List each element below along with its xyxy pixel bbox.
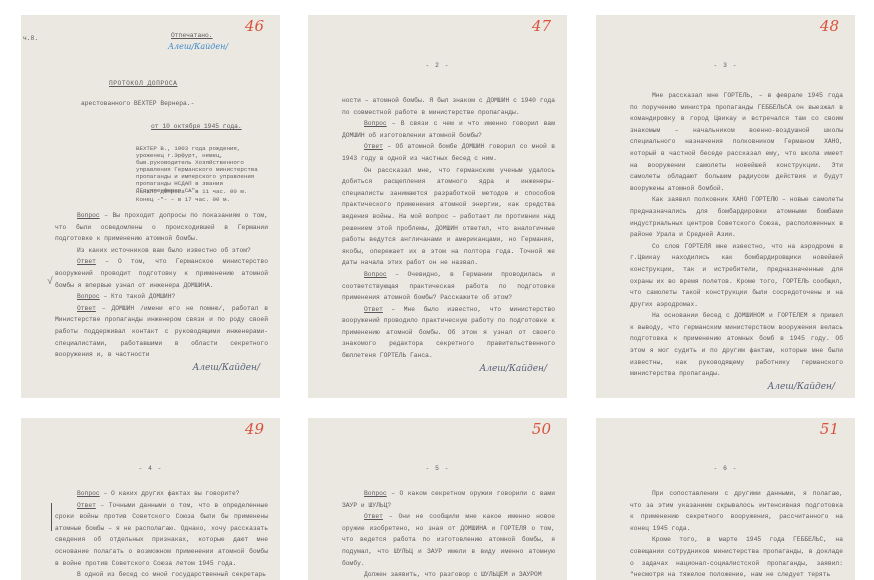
qa-label: Вопрос	[77, 490, 100, 497]
start-time: Начало допроса – в 11 час. 00 м.	[136, 188, 247, 196]
paragraph-text: При сопоставлении с другими данными, я п…	[630, 490, 843, 532]
paragraph-text: Из каких источников вам было известно об…	[77, 247, 251, 254]
paragraph-text: Со слов ГОРТЕЛЯ мне известно, что на аэр…	[630, 243, 843, 308]
approval-label: Отпечатано.	[171, 30, 213, 42]
document-date: от 10 октября 1945 года.	[151, 121, 242, 133]
folio-number: 47	[532, 18, 551, 34]
paragraph-text: – Мне было известно, что министерство во…	[342, 306, 555, 359]
page-body: ности – атомной бомбы. Я был знаком с ДО…	[342, 95, 555, 375]
qa-label: Вопрос	[364, 271, 387, 278]
page-number: - 2 -	[308, 60, 567, 72]
paragraph: Вопрос – В связи с чем и что именно гово…	[342, 118, 555, 141]
page-body: При сопоставлении с другими данными, я п…	[630, 488, 843, 580]
folio-number: 46	[245, 18, 264, 34]
page-body: Вопрос – О каких других фактах вы говори…	[55, 488, 268, 580]
document-title: ПРОТОКОЛ ДОПРОСА	[109, 78, 177, 90]
paragraph: ности – атомной бомбы. Я был знаком с ДО…	[342, 95, 555, 118]
paragraph: Ответ – Точными данными о том, что в опр…	[55, 500, 268, 570]
paragraph-text: Кроме того, в марте 1945 года ГЕББЕЛЬС, …	[630, 536, 843, 578]
signature: Алеш/Кайден/	[342, 364, 555, 376]
page-body: Вопрос – Вы проходит допросы по показани…	[55, 210, 268, 374]
paragraph-text: – ДОМШИН /имени его не помню/, работал в…	[55, 305, 268, 358]
page-number: - 6 -	[596, 463, 855, 475]
page-body: Мне рассказал мне ГОРТЕЛЬ, – в феврале 1…	[630, 90, 843, 393]
document-page-46: 46 ч.8. Отпечатано. Алеш/Кайден/ ПРОТОКО…	[21, 15, 280, 398]
paragraph: Вопрос – О каких других фактах вы говори…	[55, 488, 268, 500]
interrogation-times: Начало допроса – в 11 час. 00 м. Конец -…	[136, 188, 247, 204]
page-number: - 3 -	[596, 60, 855, 72]
paragraph: Ответ – ДОМШИН /имени его не помню/, раб…	[55, 303, 268, 361]
paragraph: Ответ – Об атомной бомбе ДОМШИН говорил …	[342, 141, 555, 164]
paragraph-text: ности – атомной бомбы. Я был знаком с ДО…	[342, 97, 555, 116]
folio-number: 48	[820, 18, 839, 34]
paragraph: В одной из бесед со мной государственный…	[55, 569, 268, 580]
subject-bio: ВЕХТЕР В., 1903 года рождения, уроженец …	[136, 145, 268, 194]
qa-label: Вопрос	[364, 490, 387, 497]
qa-label: Ответ	[364, 513, 383, 520]
document-page-47: 47 - 2 - ности – атомной бомбы. Я был зн…	[308, 15, 567, 398]
paragraph: Он рассказал мне, что германским ученым …	[342, 165, 555, 269]
paragraph-text: – О каких других фактах вы говорите?	[100, 490, 240, 497]
qa-label: Ответ	[77, 305, 96, 312]
document-page-48: 48 - 3 - Мне рассказал мне ГОРТЕЛЬ, – в …	[596, 15, 855, 398]
paragraph: При сопоставлении с другими данными, я п…	[630, 488, 843, 534]
qa-label: Вопрос	[77, 293, 100, 300]
paragraph: Кроме того, в марте 1945 года ГЕББЕЛЬС, …	[630, 534, 843, 580]
end-time: Конец -"- – в 17 час. 00 м.	[136, 196, 247, 204]
paragraph: Должен заявить, что разговор с ШУЛЬЦЕМ и…	[342, 569, 555, 580]
paragraph: Вопрос – Очевидно, в Германии проводилас…	[342, 269, 555, 304]
qa-label: Вопрос	[364, 120, 387, 127]
folio-number: 50	[532, 421, 551, 437]
paragraph-text: Должен заявить, что разговор с ШУЛЬЦЕМ и…	[364, 571, 542, 578]
qa-label: Вопрос	[77, 212, 100, 219]
paragraph: Как заявил полковник ХАНО ГОРТЕЛЮ – новы…	[630, 194, 843, 240]
qa-label: Ответ	[364, 143, 383, 150]
paragraph: Со слов ГОРТЕЛЯ мне известно, что на аэр…	[630, 241, 843, 311]
signature: Алеш/Кайден/	[55, 363, 268, 375]
page-body: Вопрос – О каком секретном оружии говори…	[342, 488, 555, 580]
document-page-49: 49 - 4 - Вопрос – О каких других фактах …	[21, 418, 280, 580]
margin-checkmark: √	[47, 277, 53, 289]
paragraph: Ответ – О том, что Германское министерст…	[55, 256, 268, 291]
folio-number: 51	[820, 421, 839, 437]
signature: Алеш/Кайден/	[630, 382, 843, 394]
qa-label: Ответ	[364, 306, 383, 313]
paragraph-text: Как заявил полковник ХАНО ГОРТЕЛЮ – новы…	[630, 196, 843, 238]
paragraph-text: Мне рассказал мне ГОРТЕЛЬ, – в феврале 1…	[630, 92, 843, 192]
paragraph: Вопрос – Вы проходит допросы по показани…	[55, 210, 268, 245]
page-number: - 4 -	[21, 463, 280, 475]
paragraph-text: На основании бесед с ДОМШИНОМ и ГОРТЕЛЕМ…	[630, 312, 843, 377]
paragraph: Из каких источников вам было известно об…	[55, 245, 268, 257]
paragraph-text: В одной из бесед со мной государственный…	[77, 571, 266, 578]
document-page-51: 51 - 6 - При сопоставлении с другими дан…	[596, 418, 855, 580]
paragraph-text: – Они не сообщили мне какое именно новое…	[342, 513, 555, 566]
paragraph: Мне рассказал мне ГОРТЕЛЬ, – в феврале 1…	[630, 90, 843, 194]
document-page-50: 50 - 5 - Вопрос – О каком секретном оруж…	[308, 418, 567, 580]
approval-signature: Алеш/Кайден/	[168, 41, 228, 53]
qa-label: Ответ	[77, 258, 96, 265]
paragraph-text: Он рассказал мне, что германским ученым …	[342, 167, 555, 267]
folio-number: 49	[245, 421, 264, 437]
page-number: - 5 -	[308, 463, 567, 475]
paragraph: Вопрос – Кто такой ДОМШИН?	[55, 291, 268, 303]
paragraph: На основании бесед с ДОМШИНОМ и ГОРТЕЛЕМ…	[630, 310, 843, 380]
paragraph-text: – Кто такой ДОМШИН?	[100, 293, 176, 300]
document-subject: арестованного ВЕХТЕР Вернера.-	[81, 98, 194, 110]
qa-label: Ответ	[77, 502, 96, 509]
paragraph: Вопрос – О каком секретном оружии говори…	[342, 488, 555, 511]
paragraph: Ответ – Они не сообщили мне какое именно…	[342, 511, 555, 569]
margin-line	[51, 503, 52, 531]
corner-reference: ч.8.	[23, 33, 38, 45]
paragraph: Ответ – Мне было известно, что министерс…	[342, 304, 555, 362]
paragraph-text: – Точными данными о том, что в определен…	[55, 502, 268, 567]
